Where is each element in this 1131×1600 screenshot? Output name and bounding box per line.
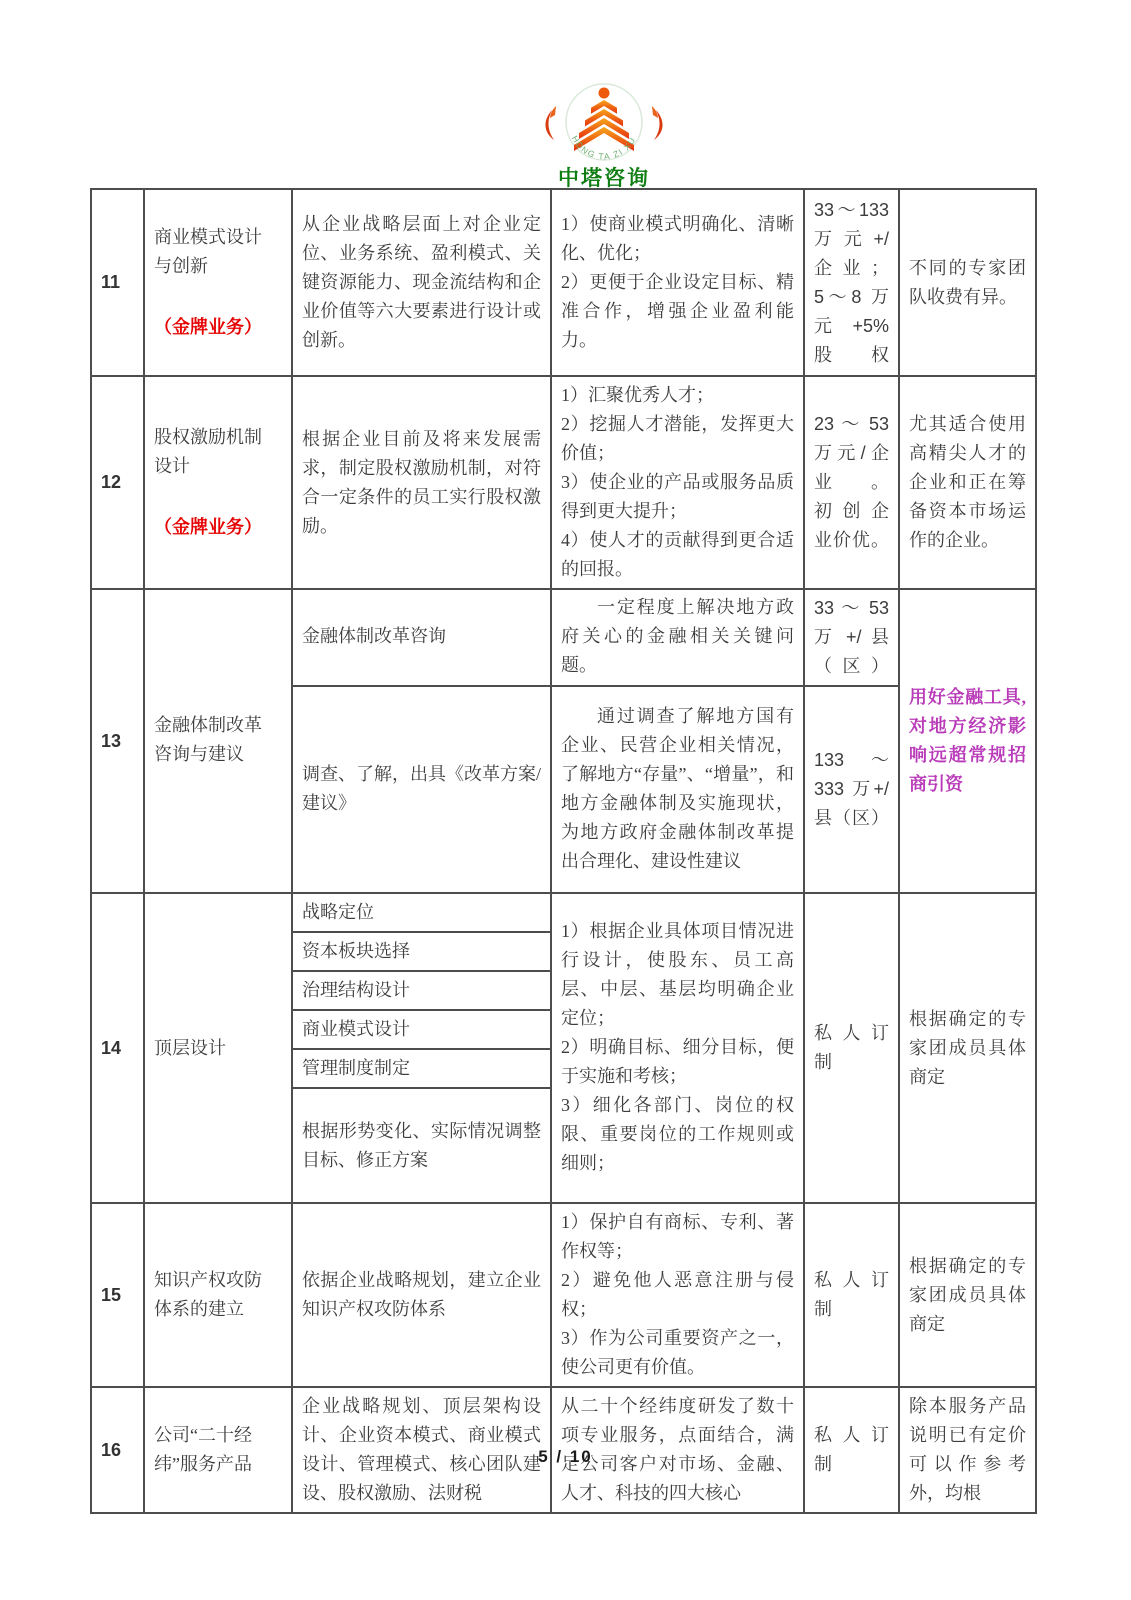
row12-note: 尤其适合使用高精尖人才的企业和正在筹备资本市场运作的企业。 bbox=[899, 376, 1036, 589]
row14-service-name: 顶层设计 bbox=[144, 893, 292, 1203]
table-row: 13 金融体制改革 咨询与建议 金融体制改革咨询 一定程度上解决地方政府关心的金… bbox=[91, 589, 1036, 686]
row15-note: 根据确定的专家团成员具体商定 bbox=[899, 1203, 1036, 1387]
row15-service-name: 知识产权攻防 体系的建立 bbox=[144, 1203, 292, 1387]
service-name-text: 商业模式设计 与创新 bbox=[154, 223, 282, 281]
service-name-text: 金融体制改革 咨询与建议 bbox=[154, 711, 282, 769]
row13-number: 13 bbox=[91, 589, 144, 893]
row12-number: 12 bbox=[91, 376, 144, 589]
row14-desc-item: 商业模式设计 bbox=[292, 1010, 551, 1049]
row15-number: 15 bbox=[91, 1203, 144, 1387]
row15-description: 依据企业战略规划，建立企业知识产权攻防体系 bbox=[292, 1203, 551, 1387]
table-row: 11 商业模式设计 与创新 （金牌业务） 从企业战略层面上对企业定位、业务系统、… bbox=[91, 189, 1036, 376]
table-row: 15 知识产权攻防 体系的建立 依据企业战略规划，建立企业知识产权攻防体系 1）… bbox=[91, 1203, 1036, 1387]
row12-service-name: 股权激励机制 设计 （金牌业务） bbox=[144, 376, 292, 589]
row13-sub1-benefits: 一定程度上解决地方政府关心的金融相关关键问题。 bbox=[551, 589, 804, 686]
row13-sub2-benefits: 通过调查了解地方国有企业、民营企业相关情况，了解地方“存量”、“增量”，和地方金… bbox=[551, 686, 804, 893]
row13-sub1-description: 金融体制改革咨询 bbox=[292, 589, 551, 686]
services-table: 11 商业模式设计 与创新 （金牌业务） 从企业战略层面上对企业定位、业务系统、… bbox=[90, 188, 1037, 1514]
company-logo: ZHONG TA ZI XUN 中塔咨询 bbox=[538, 82, 670, 192]
row14-note: 根据确定的专家团成员具体商定 bbox=[899, 893, 1036, 1203]
row14-desc-item: 战略定位 bbox=[292, 893, 551, 932]
row14-desc-item: 治理结构设计 bbox=[292, 971, 551, 1010]
row13-sub2-price: 133 ～ 333 万+/ 县（区） bbox=[804, 686, 899, 893]
service-name-text: 股权激励机制 设计 bbox=[154, 423, 282, 481]
row15-price: 私 人 订 制 bbox=[804, 1203, 899, 1387]
row11-note: 不同的专家团队收费有异。 bbox=[899, 189, 1036, 376]
row14-desc-item: 管理制度制定 bbox=[292, 1049, 551, 1088]
gold-service-badge: （金牌业务） bbox=[154, 513, 282, 542]
row13-service-name: 金融体制改革 咨询与建议 bbox=[144, 589, 292, 893]
row14-desc-item: 根据形势变化、实际情况调整目标、修正方案 bbox=[292, 1088, 551, 1203]
logo-emblem-icon: ZHONG TA ZI XUN bbox=[538, 82, 670, 164]
row11-price: 33～133 万 元 +/ 企业； 5～8 万 元 +5% 股权 bbox=[804, 189, 899, 376]
row14-number: 14 bbox=[91, 893, 144, 1203]
row14-benefits: 1）根据企业具体项目情况进行设计，使股东、员工高层、中层、基层均明确企业定位； … bbox=[551, 893, 804, 1203]
row14-price: 私 人 订 制 bbox=[804, 893, 899, 1203]
row13-sub2-description: 调查、了解，出具《改革方案/建议》 bbox=[292, 686, 551, 893]
row14-desc-item: 资本板块选择 bbox=[292, 932, 551, 971]
row11-benefits: 1）使商业模式明确化、清晰化、优化； 2）更便于企业设定目标、精准合作，增强企业… bbox=[551, 189, 804, 376]
page-number: 5 / 10 bbox=[0, 1447, 1131, 1467]
row12-benefits: 1）汇聚优秀人才； 2）挖掘人才潜能，发挥更大价值； 3）使企业的产品或服务品质… bbox=[551, 376, 804, 589]
document-page: ZHONG TA ZI XUN 中塔咨询 11 商业模式设计 与创新 （金牌业务… bbox=[0, 0, 1131, 1600]
service-name-text: 顶层设计 bbox=[154, 1034, 282, 1063]
row12-description: 根据企业目前及将来发展需求，制定股权激励机制，对符合一定条件的员工实行股权激励。 bbox=[292, 376, 551, 589]
row15-benefits: 1）保护自有商标、专利、著作权等； 2）避免他人恶意注册与侵权； 3）作为公司重… bbox=[551, 1203, 804, 1387]
table-row: 12 股权激励机制 设计 （金牌业务） 根据企业目前及将来发展需求，制定股权激励… bbox=[91, 376, 1036, 589]
row11-description: 从企业战略层面上对企业定位、业务系统、盈利模式、关键资源能力、现金流结构和企业价… bbox=[292, 189, 551, 376]
row11-number: 11 bbox=[91, 189, 144, 376]
table-row: 14 顶层设计 战略定位 1）根据企业具体项目情况进行设计，使股东、员工高层、中… bbox=[91, 893, 1036, 932]
row12-price: 23 ～ 53 万元/企 业。 初 创 企 业价优。 bbox=[804, 376, 899, 589]
row11-service-name: 商业模式设计 与创新 （金牌业务） bbox=[144, 189, 292, 376]
row13-sub1-price: 33 ～ 53 万 +/ 县 （区） bbox=[804, 589, 899, 686]
gold-service-badge: （金牌业务） bbox=[154, 313, 282, 342]
row13-note: 用好金融工具,对地方经济影响远超常规招商引资 bbox=[899, 589, 1036, 893]
service-name-text: 知识产权攻防 体系的建立 bbox=[154, 1266, 282, 1324]
